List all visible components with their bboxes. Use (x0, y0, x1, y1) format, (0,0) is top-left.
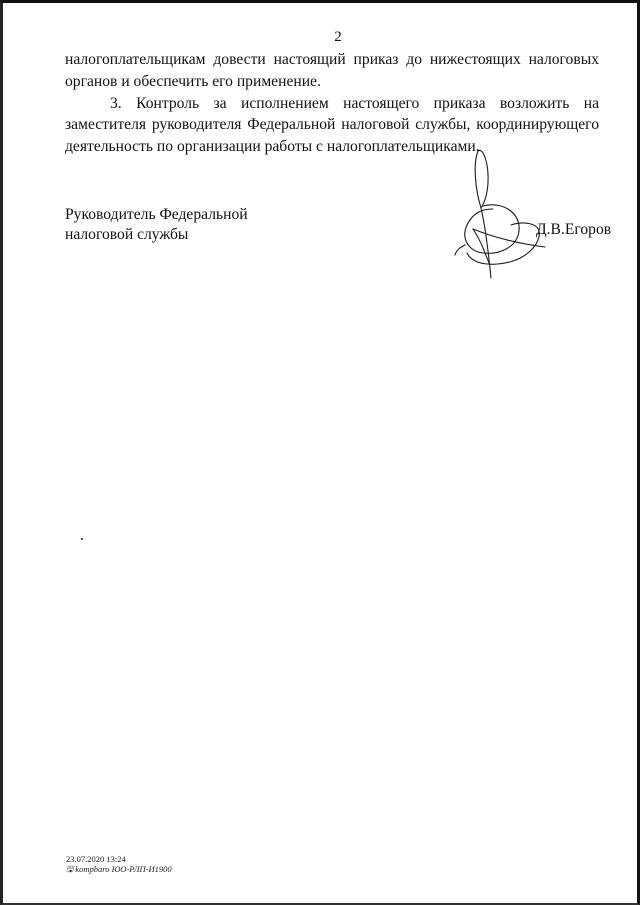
footer-file-label: 🖫 kompbaro ЮО-РЛП-И1900 (66, 865, 172, 875)
page-number: 2 (3, 29, 640, 46)
signer-name: Д.В.Егоров (536, 221, 611, 239)
signer-position-line-1: Руководитель Федеральной (65, 205, 248, 225)
handwritten-signature (443, 143, 553, 288)
scanned-page-frame: 2 налогоплательщикам довести настоящий п… (0, 0, 640, 905)
document-footer: 23.07.2020 13:24 🖫 kompbaro ЮО-РЛП-И1900 (66, 855, 172, 874)
signer-position: Руководитель Федеральной налоговой служб… (65, 205, 248, 245)
paragraph-continuation: налогоплательщикам довести настоящий при… (65, 49, 599, 93)
scan-artifact (81, 538, 83, 540)
signer-position-line-2: налоговой службы (65, 225, 248, 245)
document-body: налогоплательщикам довести настоящий при… (65, 49, 599, 158)
